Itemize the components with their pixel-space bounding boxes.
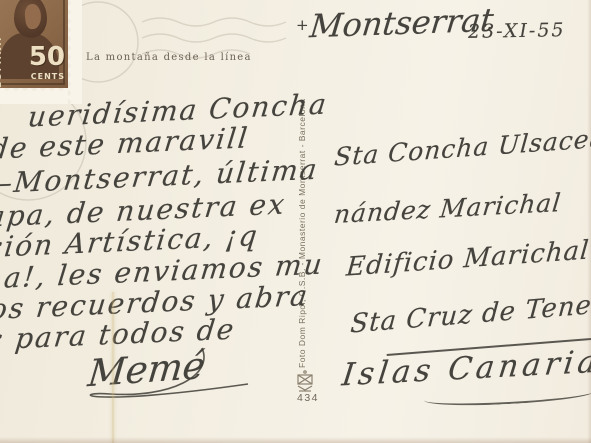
postcard-back: ESPAÑA 50 CENTS La montaña desde la líne…: [0, 0, 591, 443]
canarias-underline: [424, 388, 591, 409]
address-line: Edificio Marichal: [345, 235, 591, 282]
date-cross: +: [296, 16, 309, 34]
address-line: Islas Canarias: [340, 343, 591, 394]
address-line: nández Marichal: [333, 188, 563, 229]
paper-edge-bottom: [0, 437, 591, 443]
photo-caption: La montaña desde la línea: [86, 52, 252, 63]
date-value: 23-XI-55: [468, 19, 566, 43]
paper-edge-right: [587, 0, 591, 443]
stamp: ESPAÑA 50 CENTS: [0, 0, 82, 104]
stamp-value: 50: [29, 42, 65, 72]
printer-logo-icon: [294, 370, 316, 392]
stamp-perforation-right: [68, 0, 82, 104]
stamp-country-label: ESPAÑA: [0, 6, 6, 88]
paper-crease: [112, 292, 114, 443]
address-line: Sta Concha Ulsacea H: [333, 121, 591, 171]
stamp-unit: CENTS: [31, 72, 65, 81]
signature-flourish: [52, 342, 262, 417]
franco-portrait-stamp: ESPAÑA 50 CENTS: [0, 0, 68, 88]
card-number: 434: [293, 392, 323, 404]
